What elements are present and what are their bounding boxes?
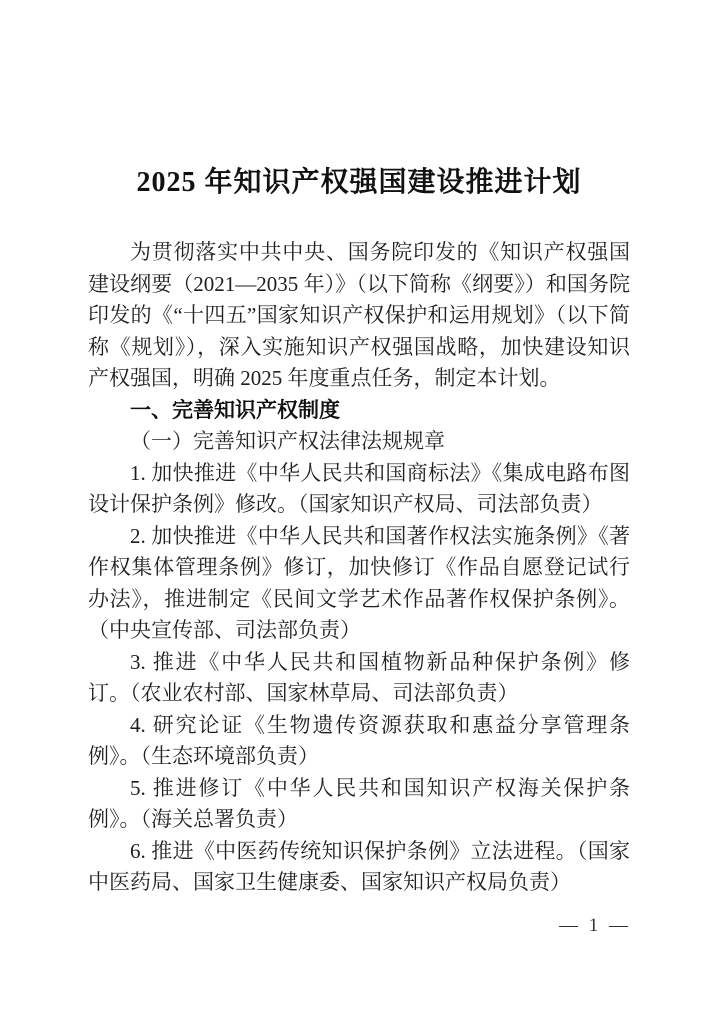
- subsection-heading: （一）完善知识产权法律法规规章: [88, 426, 630, 458]
- document-body: 为贯彻落实中共中央、国务院印发的《知识产权强国建设纲要（2021—2035 年）…: [88, 237, 630, 899]
- task-item-4: 4. 研究论证《生物遗传资源获取和惠益分享管理条例》。（生态环境部负责）: [88, 710, 630, 773]
- task-item-1: 1. 加快推进《中华人民共和国商标法》《集成电路布图设计保护条例》修改。（国家知…: [88, 458, 630, 521]
- document-title: 2025 年知识产权强国建设推进计划: [88, 163, 630, 203]
- section-heading: 一、完善知识产权制度: [88, 395, 630, 427]
- task-item-2: 2. 加快推进《中华人民共和国著作权法实施条例》《著作权集体管理条例》修订，加快…: [88, 521, 630, 647]
- document-page: 2025 年知识产权强国建设推进计划 为贯彻落实中共中央、国务院印发的《知识产权…: [0, 0, 720, 1018]
- task-item-6: 6. 推进《中医药传统知识保护条例》立法进程。（国家中医药局、国家卫生健康委、国…: [88, 836, 630, 899]
- task-item-5: 5. 推进修订《中华人民共和国知识产权海关保护条例》。（海关总署负责）: [88, 773, 630, 836]
- page-number: — 1 —: [559, 913, 631, 939]
- intro-paragraph: 为贯彻落实中共中央、国务院印发的《知识产权强国建设纲要（2021—2035 年）…: [88, 237, 630, 395]
- task-item-3: 3. 推进《中华人民共和国植物新品种保护条例》修订。（农业农村部、国家林草局、司…: [88, 647, 630, 710]
